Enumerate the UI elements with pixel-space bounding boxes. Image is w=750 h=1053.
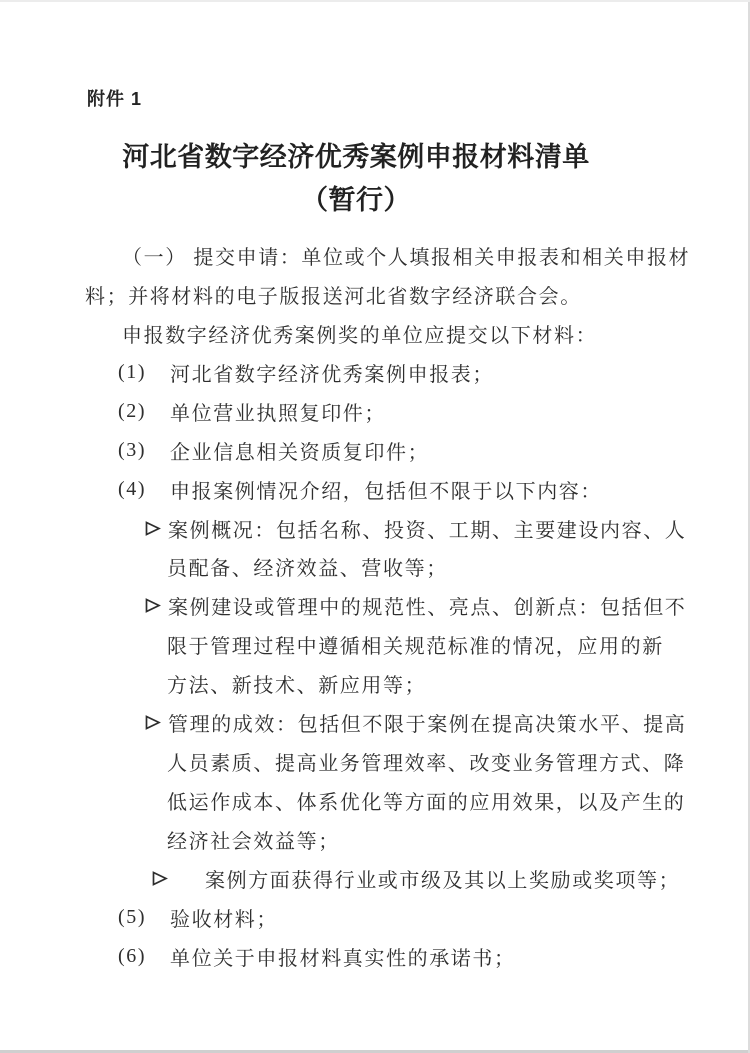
text-line: 经济社会效益等； (85, 820, 685, 859)
text-line: 案例概况：包括名称、投资、工期、主要建设内容、人 (85, 509, 685, 548)
scanned-document-page: 附件 1 河北省数字经济优秀案例申报材料清单 （暂行） （一） 提交申请：单位或… (0, 0, 750, 1053)
list-number: (3) (118, 439, 170, 462)
line-text: 方法、新技术、新应用等； (167, 669, 426, 698)
line-text: 河北省数字经济优秀案例申报表； (170, 358, 494, 387)
line-text: 人员素质、提高业务管理效率、改变业务管理方式、降 (167, 747, 685, 776)
text-line: 方法、新技术、新应用等； (85, 664, 685, 703)
line-text: 经济社会效益等； (167, 825, 340, 854)
list-number: (6) (118, 945, 170, 968)
text-line: (1) 河北省数字经济优秀案例申报表； (85, 353, 685, 392)
text-line: 低运作成本、体系优化等方面的应用效果，以及产生的 (85, 781, 685, 820)
attachment-label: 附件 1 (87, 85, 142, 111)
arrow-bullet-icon (145, 715, 168, 730)
line-text: 案例建设或管理中的规范性、亮点、创新点：包括但不 (168, 591, 686, 620)
text-line: 案例方面获得行业或市级及其以上奖励或奖项等； (85, 859, 685, 898)
title-block: 河北省数字经济优秀案例申报材料清单 （暂行） (0, 136, 712, 222)
text-line: 管理的成效：包括但不限于案例在提高决策水平、提高 (85, 703, 685, 742)
text-line: 申报数字经济优秀案例奖的单位应提交以下材料： (85, 314, 685, 353)
arrow-bullet-icon (152, 871, 205, 886)
line-text: 申报案例情况介绍，包括但不限于以下内容： (170, 475, 602, 504)
text-line: 限于管理过程中遵循相关规范标准的情况，应用的新 (85, 625, 685, 664)
list-number: (2) (118, 400, 170, 423)
line-text: 单位关于申报材料真实性的承诺书； (170, 942, 516, 971)
text-line: (5) 验收材料； (85, 898, 685, 937)
line-text: 低运作成本、体系优化等方面的应用效果，以及产生的 (167, 786, 685, 815)
list-number: (5) (118, 906, 170, 929)
list-number: (4) (118, 478, 170, 501)
document-subtitle: （暂行） (0, 178, 712, 222)
arrow-bullet-icon (145, 521, 168, 536)
line-text: 申报数字经济优秀案例奖的单位应提交以下材料： (122, 319, 597, 348)
text-line: 料；并将材料的电子版报送河北省数字经济联合会。 (85, 275, 685, 314)
list-number: (1) (118, 361, 170, 384)
text-line: 员配备、经济效益、营收等； (85, 548, 685, 587)
line-text: 案例方面获得行业或市级及其以上奖励或奖项等； (205, 864, 680, 893)
line-text: 验收材料； (170, 903, 278, 932)
line-text: 单位营业执照复印件； (170, 397, 386, 426)
text-line: (2) 单位营业执照复印件； (85, 392, 685, 431)
text-line: (6) 单位关于申报材料真实性的承诺书； (85, 937, 685, 976)
text-line: (3) 企业信息相关资质复印件； (85, 431, 685, 470)
line-text: 管理的成效：包括但不限于案例在提高决策水平、提高 (168, 708, 686, 737)
line-text: （一） 提交申请：单位或个人填报相关申报表和相关申报材 (122, 241, 690, 270)
text-line: 案例建设或管理中的规范性、亮点、创新点：包括但不 (85, 586, 685, 625)
text-line: (4) 申报案例情况介绍，包括但不限于以下内容： (85, 470, 685, 509)
line-text: 料；并将材料的电子版报送河北省数字经济联合会。 (85, 280, 582, 309)
line-text: 案例概况：包括名称、投资、工期、主要建设内容、人 (168, 514, 686, 543)
line-text: 员配备、经济效益、营收等； (167, 552, 448, 581)
document-title: 河北省数字经济优秀案例申报材料清单 (0, 136, 712, 178)
arrow-bullet-icon (145, 598, 168, 613)
line-text: 限于管理过程中遵循相关规范标准的情况，应用的新 (167, 630, 664, 659)
document-body: （一） 提交申请：单位或个人填报相关申报表和相关申报材 料；并将材料的电子版报送… (85, 236, 685, 976)
text-line: 人员素质、提高业务管理效率、改变业务管理方式、降 (85, 742, 685, 781)
text-line: （一） 提交申请：单位或个人填报相关申报表和相关申报材 (85, 236, 685, 275)
line-text: 企业信息相关资质复印件； (170, 436, 429, 465)
